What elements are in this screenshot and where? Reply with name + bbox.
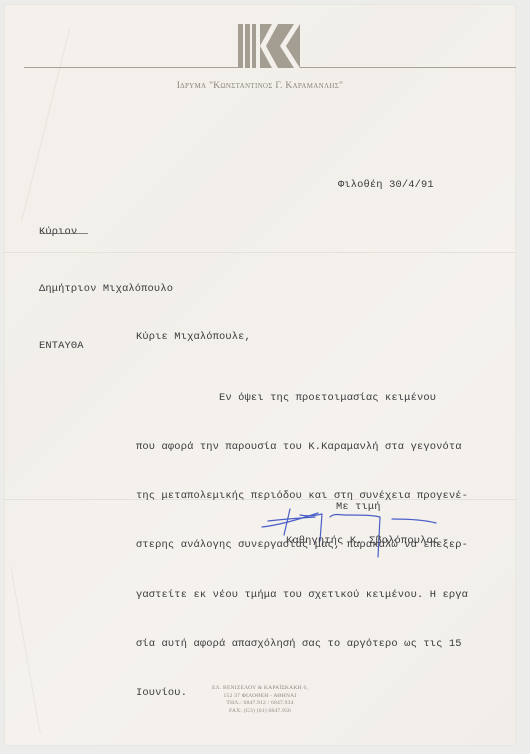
place-date: Φιλοθέη 30/4/91 [338,177,434,193]
body-line: Εν όψει της προετοιμασίας κειμένου [136,390,468,406]
footer-city: 152 37 ΦΙΛΟΘΕΗ - ΑΘΗΝΑΙ [5,693,515,701]
letterhead-rule-left [24,67,238,68]
footer-phone: ΤΗΛ.: 6847.912 / 6847.934 [5,700,515,708]
body-line: που αφορά την παρουσία του Κ.Καραμανλή σ… [136,439,468,455]
body-line: της μεταπολεμικής περιόδου και στη συνέχ… [136,488,468,504]
footer-fax: FAX: (G3) (01) 6847.956 [5,708,515,716]
body-line: σία αυτή αφορά απασχόλησή σας το αργότερ… [136,636,468,652]
signer-name: Καθηγητής Κ. Σβολόπουλος [286,533,439,549]
recipient-underline [40,233,88,234]
footer-address: ΕΛ. ΒΕΝΙΖΕΛΟΥ & ΚΑΡΑΪΣΚΑΚΗ 6, 152 37 ΦΙΛ… [5,685,515,715]
recipient-name: Δημήτριον Μιχαλόπουλο [39,280,173,299]
letter-page: Ιδρυμα "Κωνσταντινος Γ. Καραμανλης" Φιλο… [5,5,515,745]
body-line: γαστείτε εκ νέου τμήμα του σχετικού κειμ… [136,587,468,603]
institution-name: Ιδρυμα "Κωνσταντινος Γ. Καραμανλης" [5,81,515,91]
salutation: Κύριε Μιχαλόπουλε, [136,329,251,345]
letterhead-rule-right [300,67,516,68]
footer-street: ΕΛ. ΒΕΝΙΖΕΛΟΥ & ΚΑΡΑΪΣΚΑΚΗ 6, [5,685,515,693]
kk-monogram-icon [238,24,300,68]
